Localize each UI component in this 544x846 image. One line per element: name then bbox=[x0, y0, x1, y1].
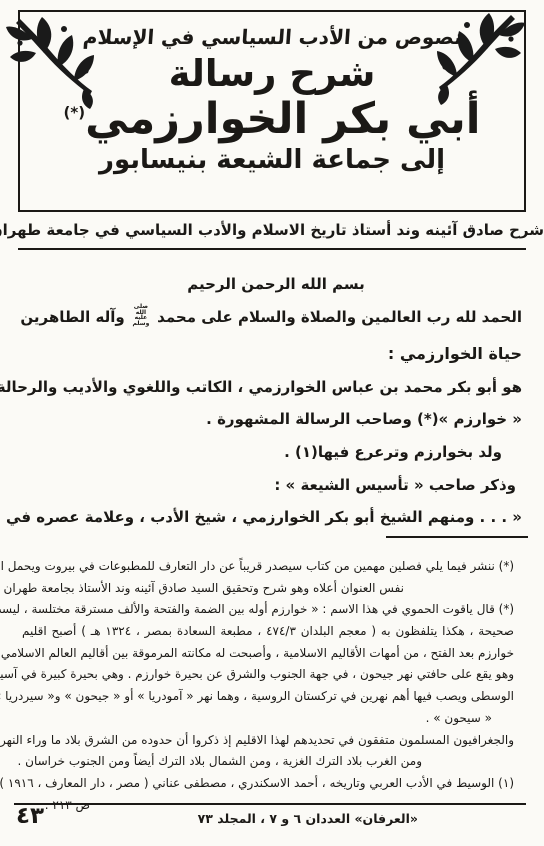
footnote-line: (*) ننشر فيما يلي فصلين مهمين من كتاب سي… bbox=[22, 556, 514, 578]
book-title-author: أبي بكر الخوارزمي bbox=[85, 94, 480, 144]
footnote-line: نفس العنوان أعلاه وهو شرح وتحقيق السيد ص… bbox=[22, 578, 514, 600]
commentator-byline: شرح صادق آئينه وند أستاذ تاريخ الاسلام و… bbox=[0, 221, 544, 239]
hamdala: الحمد لله رب العالمين والصلاة والسلام عل… bbox=[30, 301, 522, 334]
footnote-line: وهو يقع على حافتي نهر جيحون ، في جهة الج… bbox=[22, 664, 514, 686]
series-title: نصوص من الأدب السياسي في الإسلام bbox=[82, 25, 463, 49]
footnote-line: صحيحة ، هكذا يتلفظون به ( معجم البلدان ٤… bbox=[22, 621, 514, 643]
book-title-line3: إلى جماعة الشيعة بنيسابور bbox=[99, 146, 445, 175]
hamdala-post: وآله الطاهرين bbox=[20, 308, 124, 326]
section-heading: حياة الخوارزمي : bbox=[30, 338, 522, 371]
footnote-line: والجغرافيون المسلمون متفقون في تحديدهم ل… bbox=[22, 730, 514, 752]
journal-citation: «العرفان» العددان ٦ و ٧ ، المجلد ٧٣ bbox=[198, 811, 418, 826]
body-line: وذكر صاحب « تأسيس الشيعة » : bbox=[30, 469, 522, 502]
page-number: ٤٣ bbox=[16, 803, 44, 829]
hamdala-pre: الحمد لله رب العالمين والصلاة والسلام عل… bbox=[157, 308, 522, 326]
book-title-line1: شرح رسالة bbox=[169, 54, 376, 95]
footnote-line: (*) قال ياقوت الحموي في هذا الاسم : « خو… bbox=[22, 599, 514, 621]
footnote-line: « سيحون » . bbox=[22, 708, 514, 730]
book-title-line2: أبي بكر الخوارزمي(*) bbox=[64, 95, 481, 144]
body-line: « خوارزم »(*) وصاحب الرسالة المشهورة . bbox=[30, 403, 522, 436]
footnote-divider bbox=[386, 536, 528, 538]
body-line: ولد بخوارزم وترعرع فيها(١) . bbox=[30, 436, 522, 469]
corner-ornament-right-icon bbox=[427, 5, 527, 105]
body-text: بسم الله الرحمن الرحيم الحمد لله رب العا… bbox=[30, 268, 522, 534]
footnote-line: الوسطى ويصب فيها أهم نهرين في تركستان ال… bbox=[22, 686, 514, 708]
body-line: « . . . ومنهم الشيخ أبو بكر الخوارزمي ، … bbox=[30, 501, 522, 534]
footnote-line: خوارزم بعد الفتح ، من أمهات الأقاليم الا… bbox=[22, 643, 514, 665]
corner-ornament-left-icon bbox=[4, 9, 104, 109]
basmala: بسم الله الرحمن الرحيم bbox=[30, 268, 522, 301]
footer-divider bbox=[14, 803, 526, 805]
scanned-document-page: نصوص من الأدب السياسي في الإسلام شرح رسا… bbox=[0, 0, 544, 846]
footnote-line: ومن الغرب بلاد الترك الغزية ، ومن الشمال… bbox=[22, 751, 514, 773]
body-line: هو أبو بكر محمد بن عباس الخوارزمي ، الكا… bbox=[30, 371, 522, 404]
footnotes: (*) ننشر فيما يلي فصلين مهمين من كتاب سي… bbox=[22, 556, 514, 816]
footnote-line: (١) الوسيط في الأدب العربي وتاريخه ، أحم… bbox=[22, 773, 514, 795]
salawat-stamp: صلى الله عليه وسلم bbox=[130, 304, 152, 326]
byline-divider bbox=[18, 248, 526, 250]
